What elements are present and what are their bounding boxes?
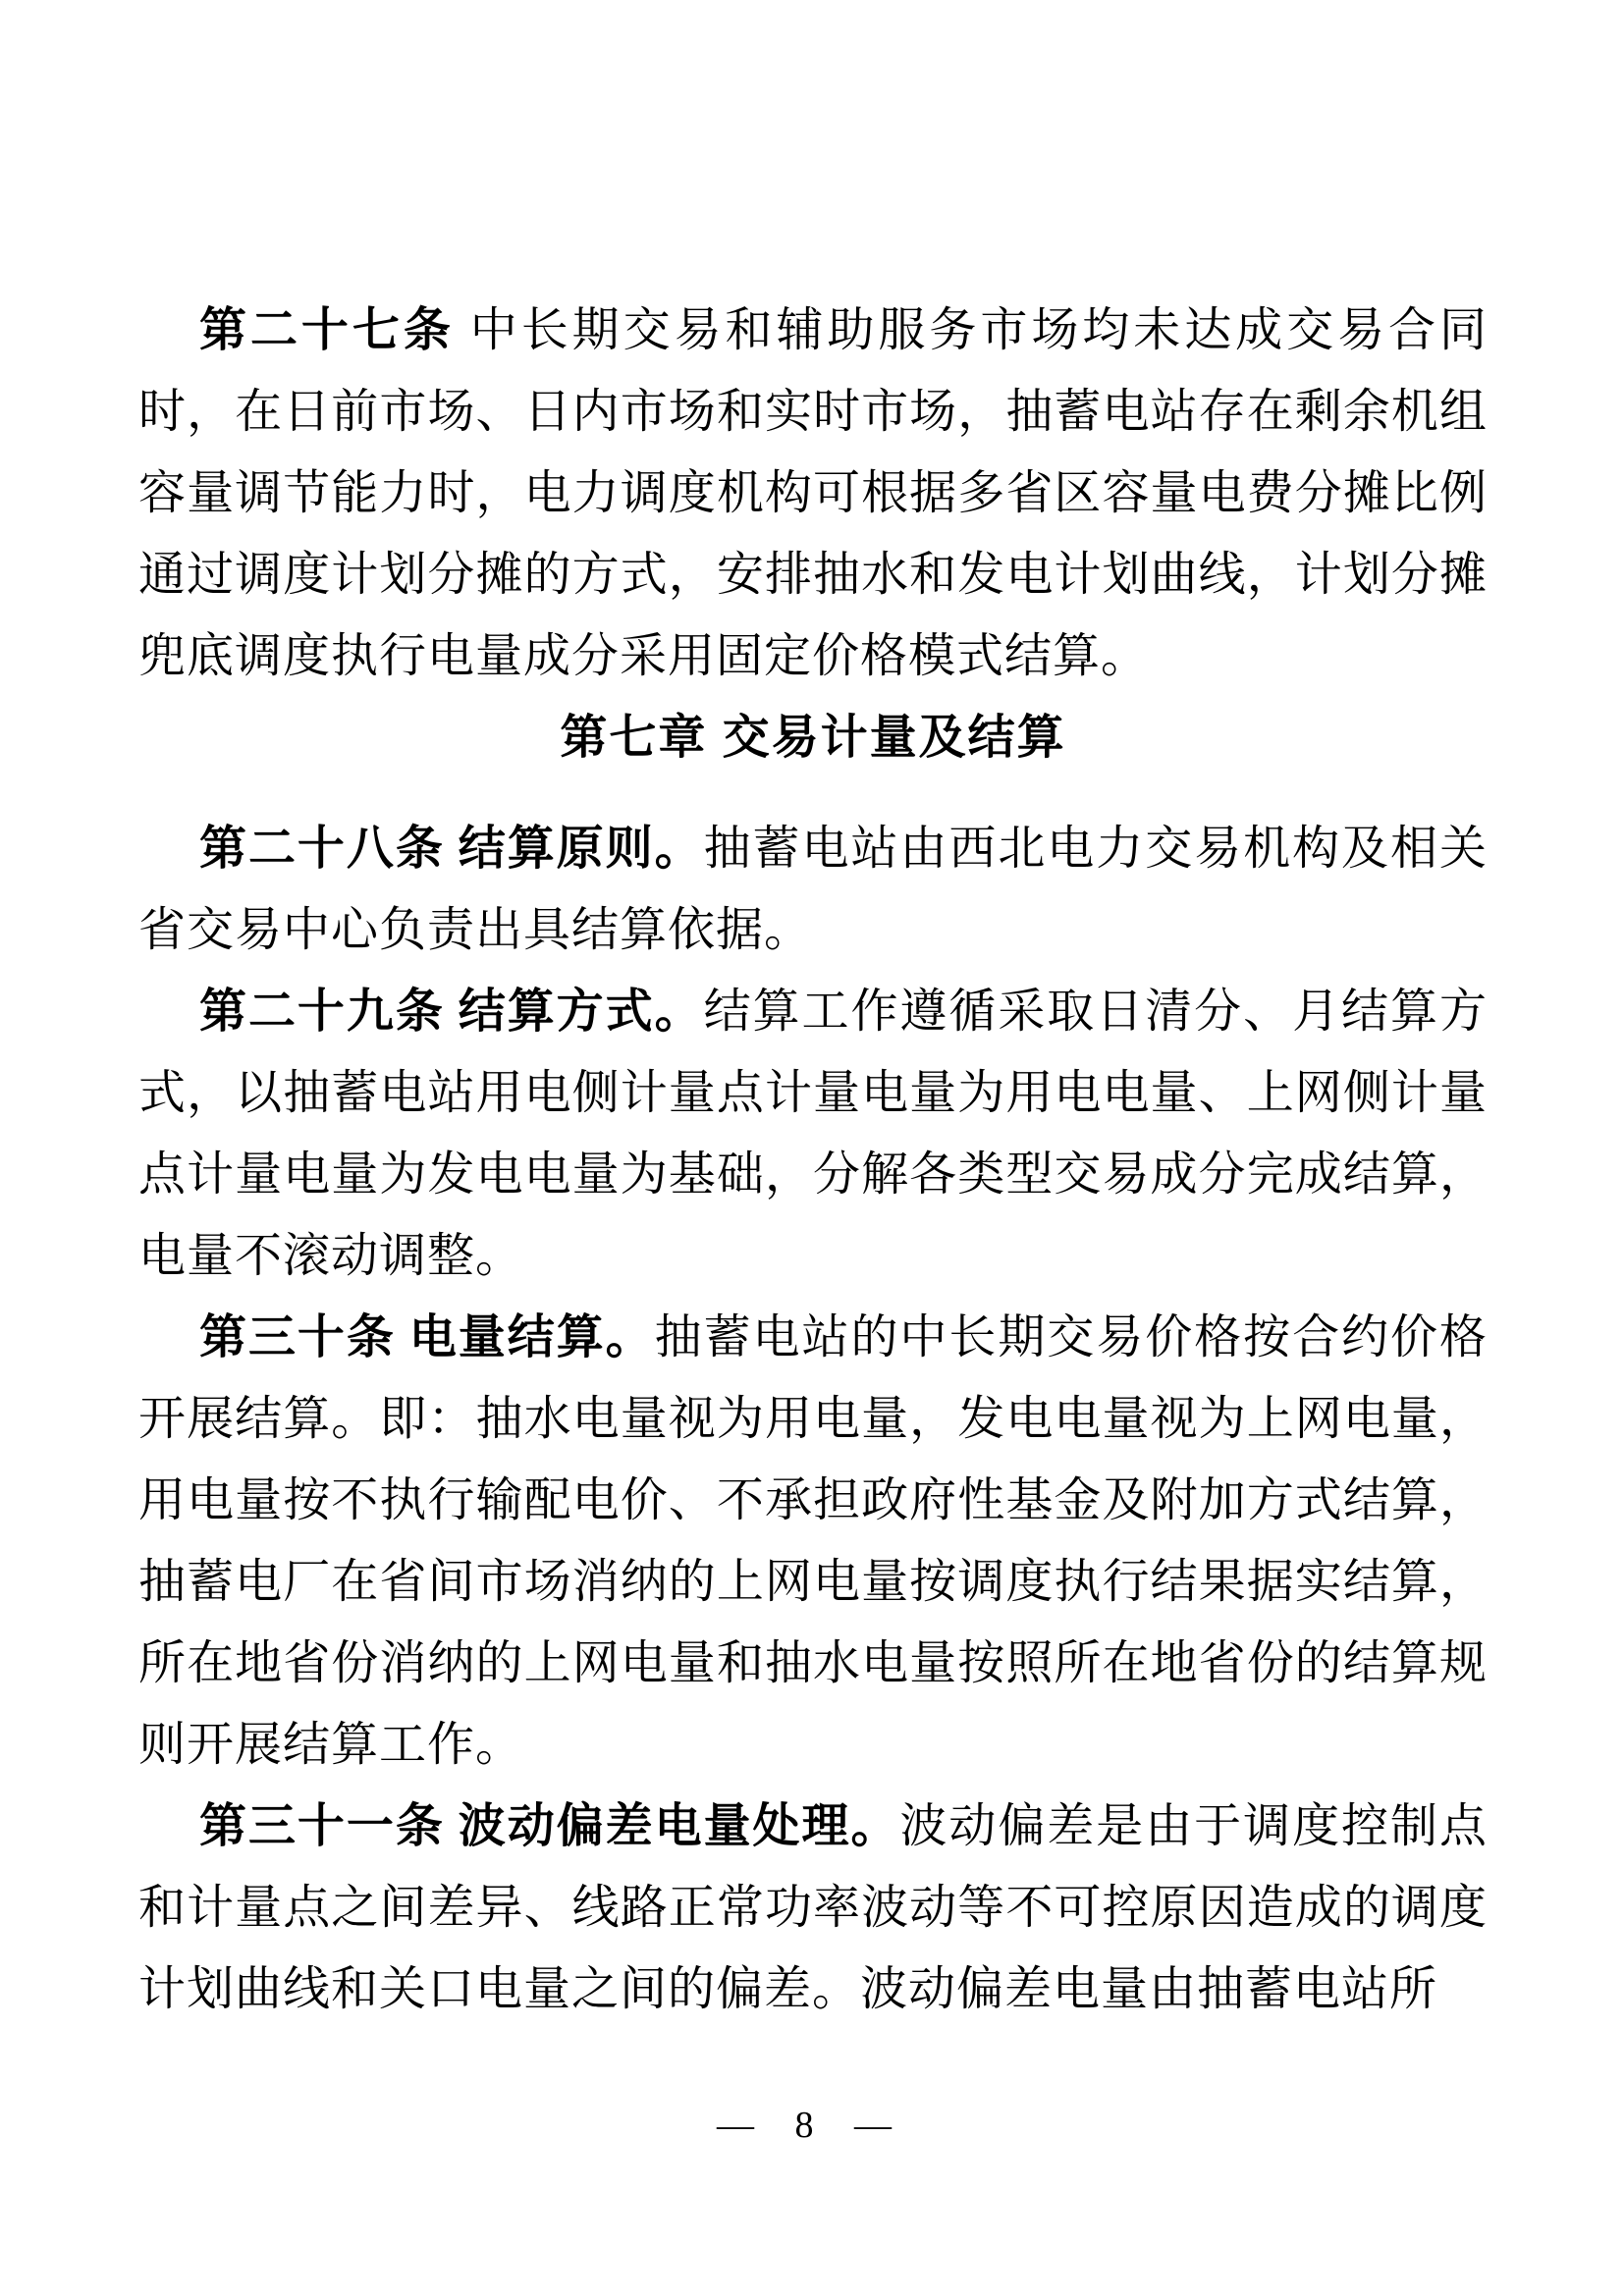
article-27-paragraph: 第二十七条 中长期交易和辅助服务市场均未达成交易合同时，在日前市场、日内市场和实… xyxy=(138,290,1488,697)
article-31-number: 第三十一条 xyxy=(199,1800,459,1852)
article-28-number: 第二十八条 xyxy=(199,823,459,875)
article-30-text: 抽蓄电站的中长期交易价格按合约价格开展结算。即：抽水电量视为用电量，发电电量视为… xyxy=(138,1311,1488,1771)
article-29-paragraph: 第二十九条 结算方式。结算工作遵循采取日清分、月结算方式，以抽蓄电站用电侧计量点… xyxy=(138,971,1488,1297)
page-footer: — 8 — xyxy=(0,2101,1624,2150)
page-number: — 8 — xyxy=(717,2105,907,2146)
document-body: 第二十七条 中长期交易和辅助服务市场均未达成交易合同时，在日前市场、日内市场和实… xyxy=(138,290,1488,2030)
article-31-paragraph: 第三十一条 波动偏差电量处理。波动偏差是由于调度控制点和计量点之间差异、线路正常… xyxy=(138,1786,1488,2030)
article-27-text: 中长期交易和辅助服务市场均未达成交易合同时，在日前市场、日内市场和实时市场，抽蓄… xyxy=(138,304,1488,682)
article-27-number: 第二十七条 xyxy=(199,304,470,356)
article-29-term: 结算方式。 xyxy=(459,986,704,1038)
article-28-term: 结算原则。 xyxy=(459,823,704,875)
document-page: 第二十七条 中长期交易和辅助服务市场均未达成交易合同时，在日前市场、日内市场和实… xyxy=(0,0,1624,2296)
article-30-paragraph: 第三十条 电量结算。抽蓄电站的中长期交易价格按合约价格开展结算。即：抽水电量视为… xyxy=(138,1297,1488,1786)
article-29-number: 第二十九条 xyxy=(199,986,459,1038)
article-30-term: 电量结算。 xyxy=(409,1311,655,1363)
article-28-paragraph: 第二十八条 结算原则。抽蓄电站由西北电力交易机构及相关省交易中心负责出具结算依据… xyxy=(138,808,1488,971)
article-31-term: 波动偏差电量处理。 xyxy=(459,1800,900,1852)
chapter-heading: 第七章 交易计量及结算 xyxy=(138,697,1488,778)
article-30-number: 第三十条 xyxy=(199,1311,409,1363)
